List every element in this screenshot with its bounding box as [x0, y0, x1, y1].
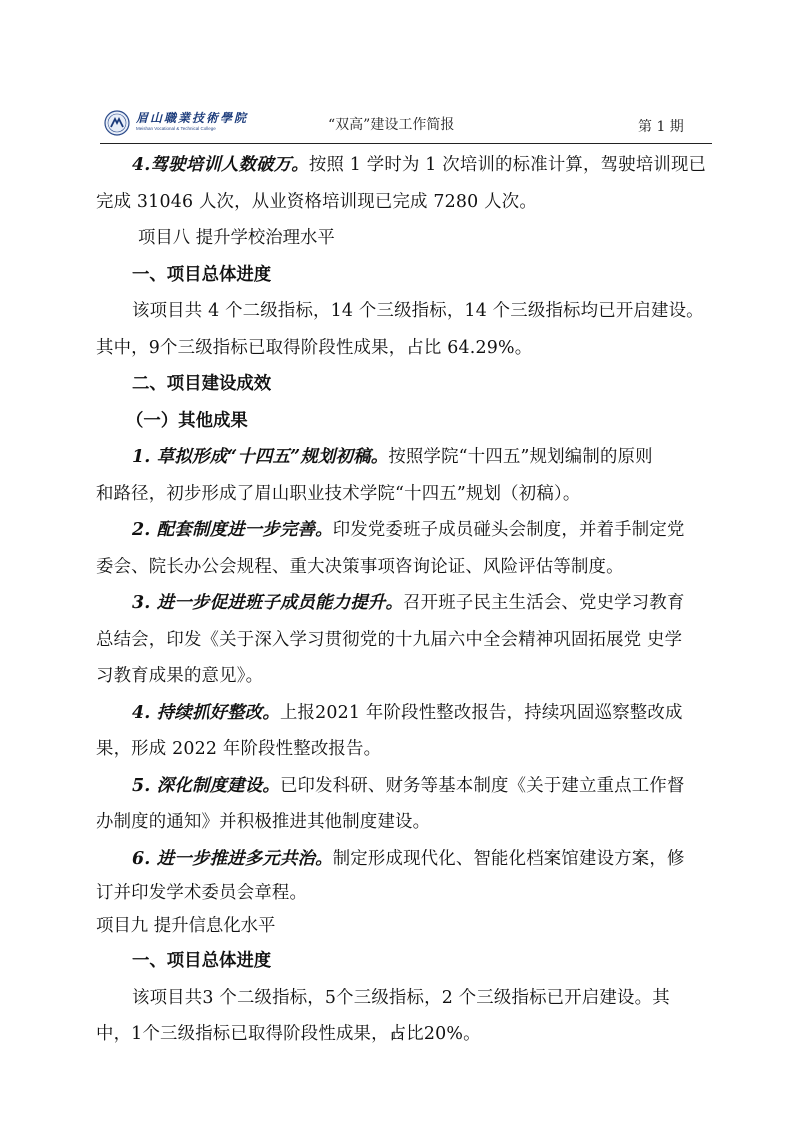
- item-lead: 5. 深化制度建设。: [132, 776, 280, 796]
- item-continuation: 委会、院长办公会规程、重大决策事项咨询论证、风险评估等制度。: [96, 549, 722, 586]
- page-header: 眉山職業技術學院 Meishan Vocational & Technical …: [100, 106, 710, 140]
- college-name-cn: 眉山職業技術學院: [136, 111, 248, 125]
- paragraph-lead: 4.驾驶培训人数破万。: [132, 155, 309, 175]
- item-text: 上报2021 年阶段性整改报告，持续巩固巡察整改成: [280, 703, 683, 723]
- college-logo-icon: [104, 110, 130, 136]
- bulletin-title: “双高”建设工作简报: [328, 114, 454, 134]
- section-heading: 一、项目总体进度: [96, 943, 722, 980]
- project8-heading: 项目八 提升学校治理水平: [96, 220, 722, 257]
- paragraph: 4.驾驶培训人数破万。按照 1 学时为 1 次培训的标准计算，驾驶培训现已: [96, 147, 722, 184]
- list-item: 4. 持续抓好整改。上报2021 年阶段性整改报告，持续巩固巡察整改成: [96, 695, 722, 732]
- item-text: 印发党委班子成员碰头会制度，并着手制定党: [333, 520, 685, 540]
- section-heading: 一、项目总体进度: [96, 257, 722, 294]
- list-item: 3. 进一步促进班子成员能力提升。召开班子民主生活会、党史学习教育: [96, 585, 722, 622]
- item-text: 已印发科研、财务等基本制度《关于建立重点工作督: [280, 776, 685, 796]
- list-item: 6. 进一步推进多元共治。制定形成现代化、智能化档案馆建设方案，修: [96, 841, 722, 878]
- section-heading: 二、项目建设成效: [96, 366, 722, 403]
- paragraph-continuation: 完成 31046 人次，从业资格培训现已完成 7280 人次。: [96, 184, 722, 221]
- document-body: 4.驾驶培训人数破万。按照 1 学时为 1 次培训的标准计算，驾驶培训现已 完成…: [96, 147, 722, 1053]
- item-text: 按照学院“十四五”规划编制的原则: [388, 447, 652, 467]
- page-number: 12: [0, 1030, 794, 1042]
- project9-heading: 项目九 提升信息化水平: [96, 909, 722, 943]
- item-continuation: 和路径，初步形成了眉山职业技术学院“十四五”规划（初稿）。: [96, 476, 722, 513]
- paragraph: 该项目共3 个二级指标，5个三级指标，2 个三级指标已开启建设。其: [96, 980, 722, 1017]
- list-item: 1. 草拟形成“十四五”规划初稿。按照学院“十四五”规划编制的原则: [96, 439, 722, 476]
- item-lead: 4. 持续抓好整改。: [132, 703, 280, 723]
- item-lead: 1. 草拟形成“十四五”规划初稿。: [132, 447, 388, 467]
- item-continuation: 办制度的通知》并积极推进其他制度建设。: [96, 804, 722, 841]
- paragraph-continuation: 其中，9个三级指标已取得阶段性成果，占比 64.29%。: [96, 330, 722, 367]
- college-name-en: Meishan Vocational & Technical College: [136, 125, 248, 132]
- college-name: 眉山職業技術學院 Meishan Vocational & Technical …: [136, 111, 248, 132]
- item-continuation: 订并印发学术委员会章程。: [96, 877, 722, 909]
- item-continuation: 习教育成果的意见》。: [96, 658, 722, 695]
- header-divider: [100, 143, 712, 144]
- list-item: 2. 配套制度进一步完善。印发党委班子成员碰头会制度，并着手制定党: [96, 512, 722, 549]
- paragraph-text: 按照 1 学时为 1 次培训的标准计算，驾驶培训现已: [309, 155, 706, 175]
- subsection-heading: （一）其他成果: [96, 403, 722, 440]
- item-continuation: 总结会，印发《关于深入学习贯彻党的十九届六中全会精神巩固拓展党 史学: [96, 622, 722, 659]
- list-item: 5. 深化制度建设。已印发科研、财务等基本制度《关于建立重点工作督: [96, 768, 722, 805]
- item-lead: 2. 配套制度进一步完善。: [132, 520, 333, 540]
- item-lead: 6. 进一步推进多元共治。: [132, 849, 333, 869]
- item-text: 制定形成现代化、智能化档案馆建设方案，修: [333, 849, 685, 869]
- item-continuation: 果，形成 2022 年阶段性整改报告。: [96, 731, 722, 768]
- paragraph: 该项目共 4 个二级指标，14 个三级指标，14 个三级指标均已开启建设。: [96, 293, 722, 330]
- item-text: 召开班子民主生活会、党史学习教育: [403, 593, 684, 613]
- item-lead: 3. 进一步促进班子成员能力提升。: [132, 593, 403, 613]
- issue-number: 第 1 期: [638, 116, 684, 136]
